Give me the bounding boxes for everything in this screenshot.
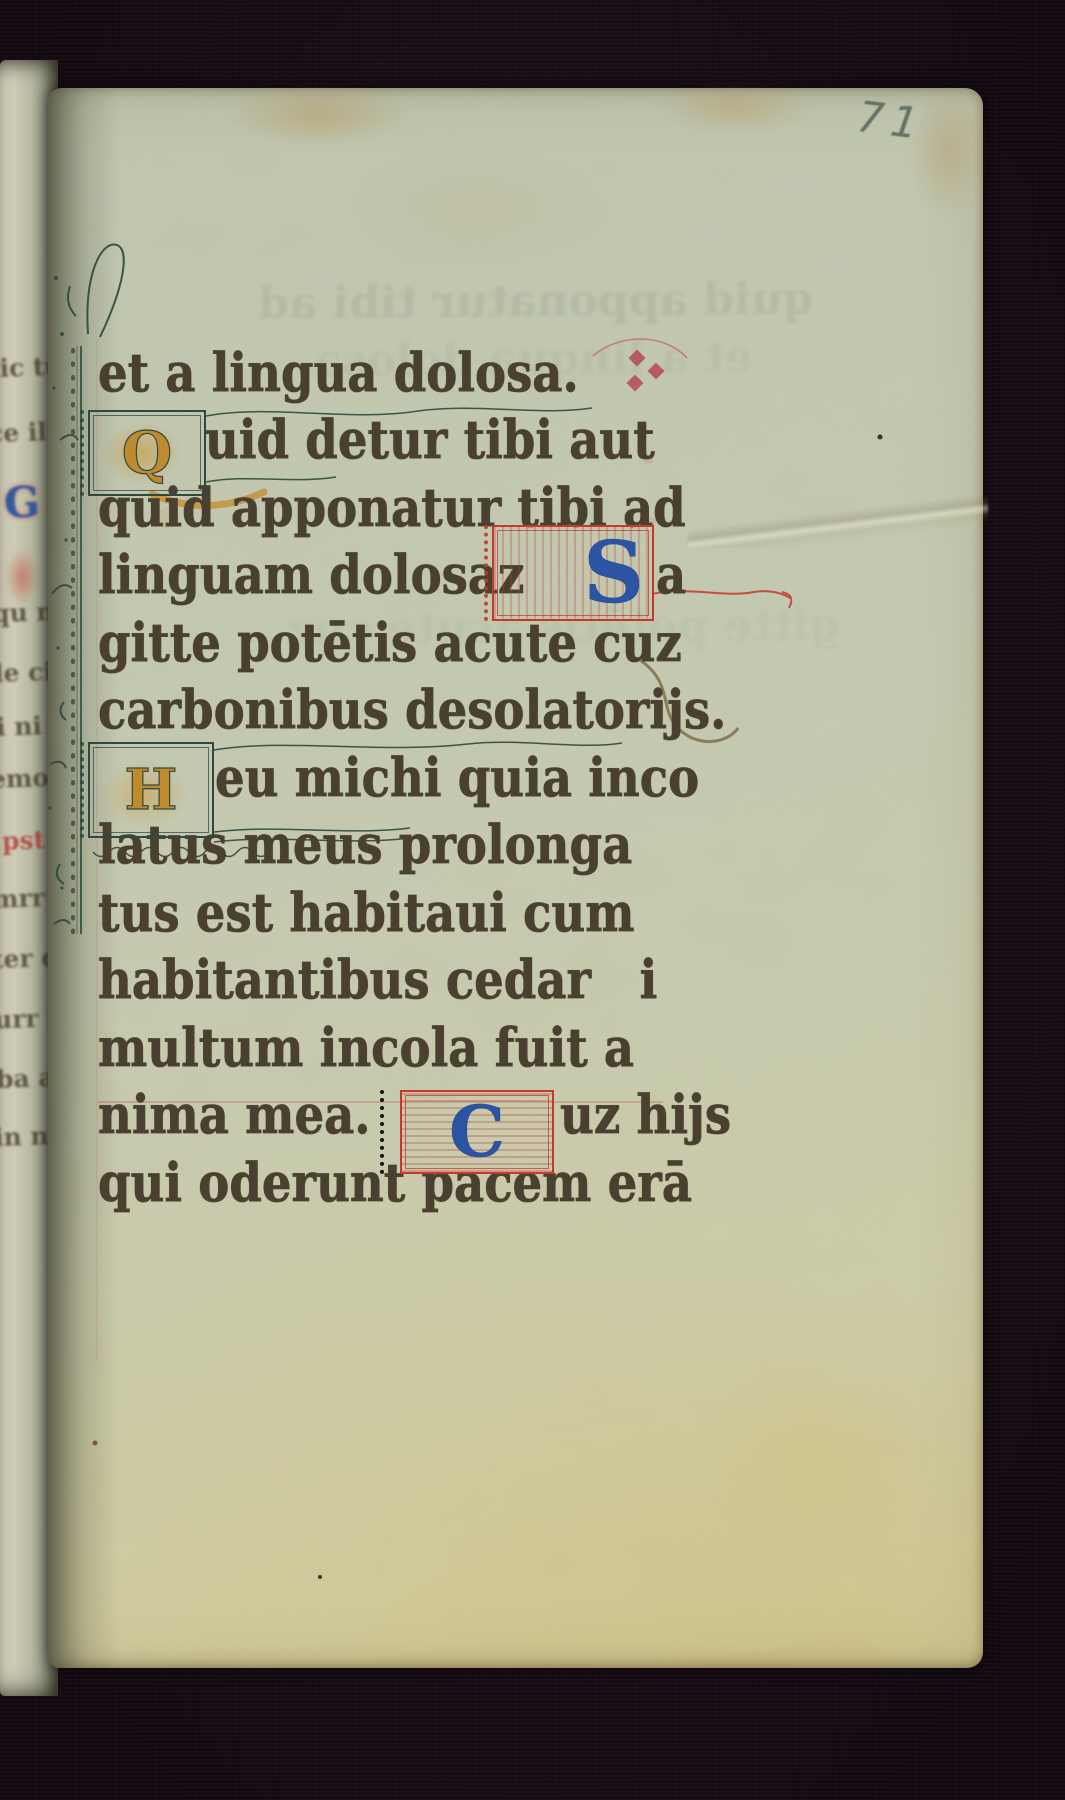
facing-page-text-fragment: ba a [0,1063,55,1094]
facing-page-blue-initial: G [3,477,41,527]
text-line: tus est habitaui cum [98,886,634,940]
initial-letter: S [583,531,652,615]
ink-showthrough: quid apponatur tibi ad [258,274,814,330]
text-line: eu michi quia inco [215,751,699,805]
initial-letter: Q [122,424,173,482]
penwork-flourishes-svg [48,88,983,1668]
text-line: multum incola fuit a [98,1021,634,1075]
text-line: nima mea. [98,1088,370,1142]
text-line: uid detur tibi aut [205,413,655,467]
illuminated-initial-q: Q [88,410,206,496]
gutter-shadow [48,88,120,1668]
facing-page-text-fragment: le ci [0,657,53,688]
illuminated-initial-s: S [492,525,654,621]
facing-page-text-fragment: emo [0,763,50,794]
manuscript-page: 71 quid apponatur tibi ad et a lingua do… [48,88,983,1668]
illuminated-initial-h: H [88,742,214,838]
text-line: habitantibus cedar i [98,953,657,1007]
text-line: et a lingua dolosa. [98,346,579,400]
stain [348,148,608,268]
stain [700,1370,930,1550]
facing-page-rubric-fragment: pst [2,825,46,855]
facing-page-text-fragment: i ni [0,711,42,742]
text-line: uz hijs [560,1088,731,1142]
text-line: carbonibus desolatorijs. [98,683,726,737]
parchment-texture [48,88,983,1668]
rubric-line-filler [623,350,723,396]
illuminated-initial-c: C [400,1090,554,1174]
stain [228,84,408,146]
text-line: gitte potētis acute cuz [98,616,682,670]
initial-letter: C [449,1097,505,1167]
initial-letter: H [125,762,178,818]
text-line: linguam dolosaz [98,548,524,602]
stain [658,82,808,134]
text-line: a [656,548,686,602]
manuscript-photo: lic tu ce ilu G qu ni le ci i ni emo pst… [0,0,1065,1800]
folio-number: 71 [848,93,933,150]
parchment-crease [688,496,988,548]
facing-page-text-fragment: mrr [0,883,45,914]
